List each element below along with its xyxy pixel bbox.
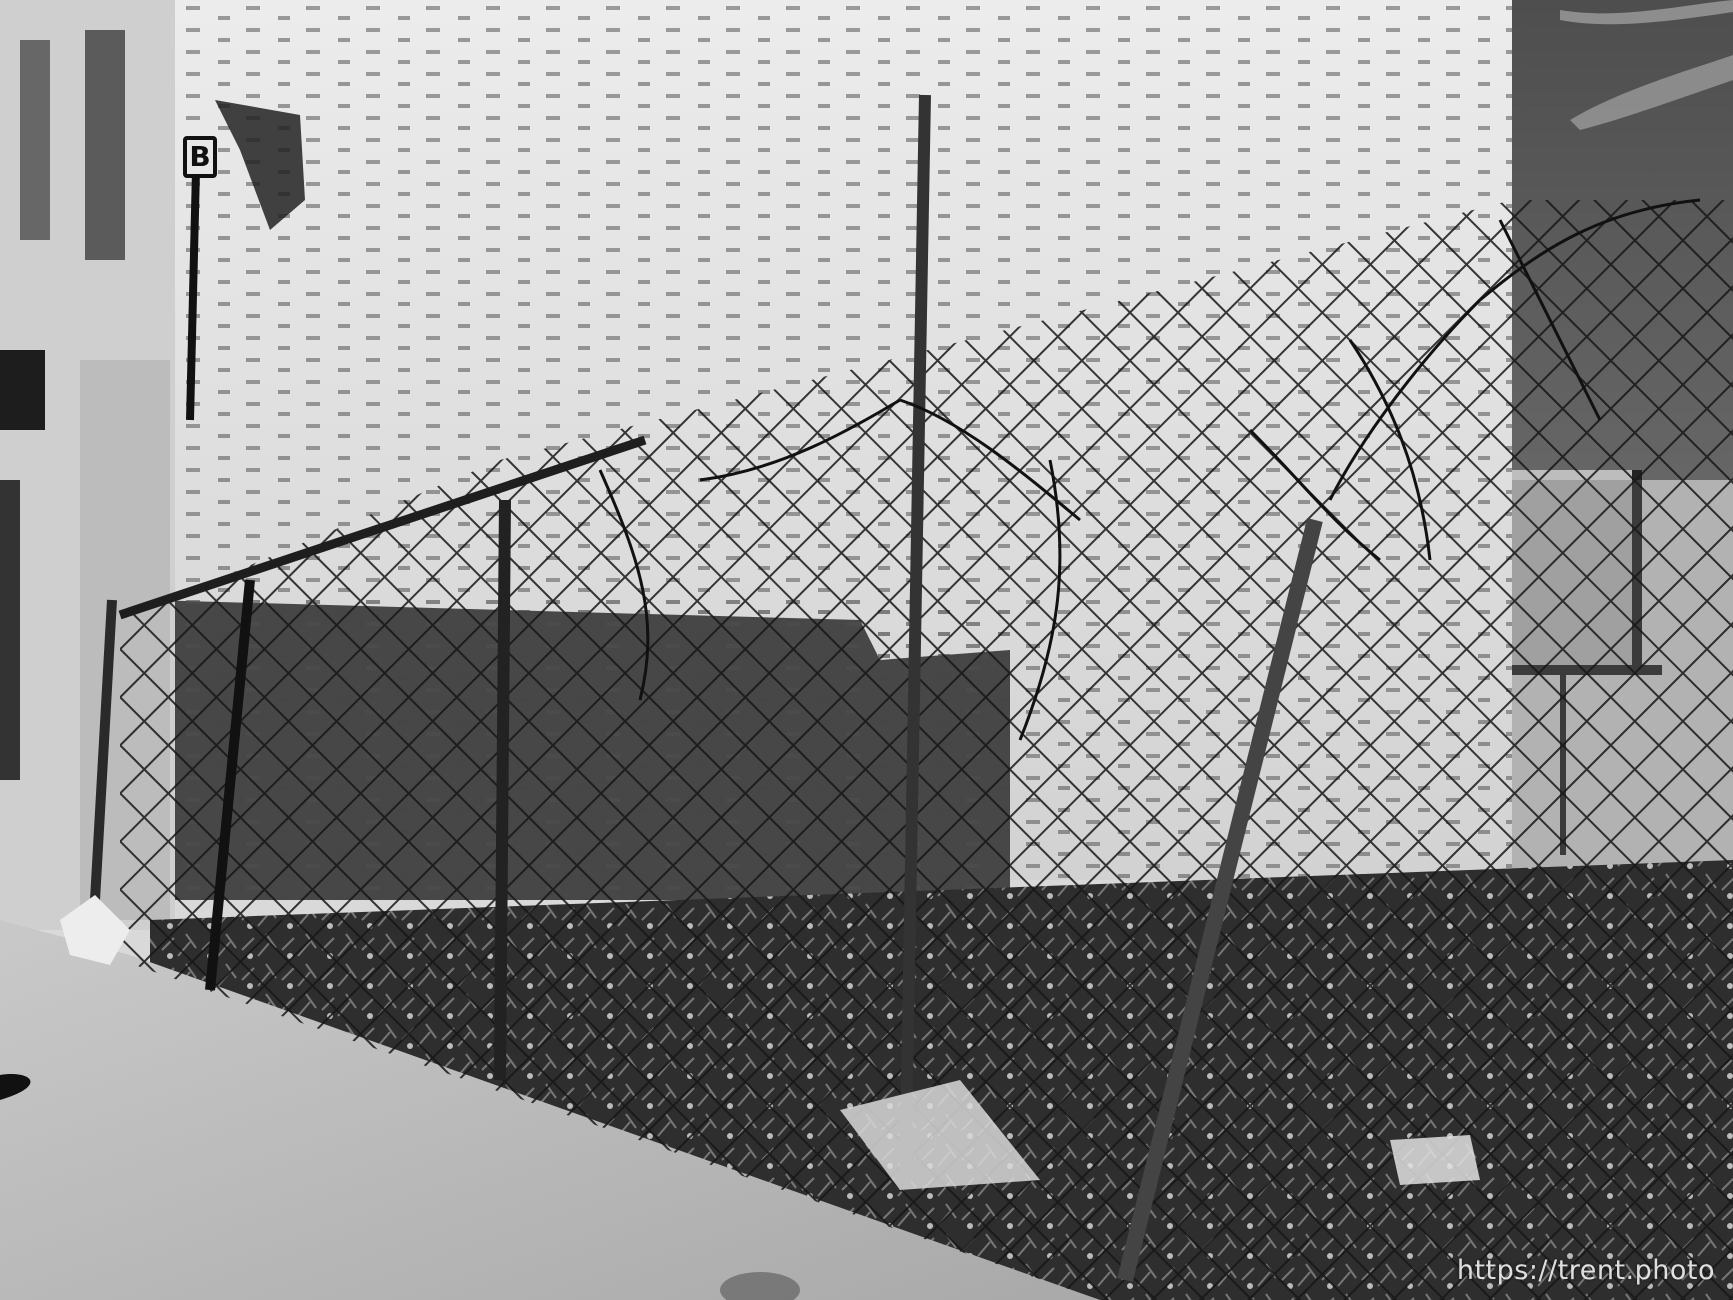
awning bbox=[0, 350, 45, 430]
street-scene bbox=[0, 0, 1733, 1300]
litter bbox=[1390, 1135, 1480, 1185]
watermark: https://trent.photo bbox=[1457, 1255, 1715, 1286]
rolling-shutter bbox=[0, 480, 20, 780]
fence-post bbox=[500, 500, 505, 1080]
photograph: B https://trent.photo bbox=[0, 0, 1733, 1300]
sign-letter-b: B bbox=[183, 136, 217, 178]
